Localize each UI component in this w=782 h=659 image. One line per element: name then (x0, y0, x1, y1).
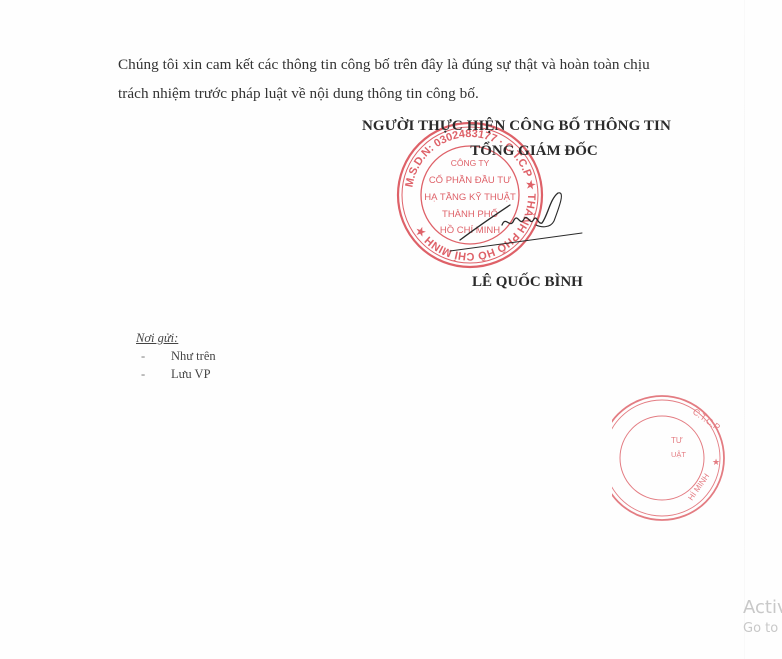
commitment-line-1: Chúng tôi xin cam kết các thông tin công… (118, 50, 718, 79)
document-page: Chúng tôi xin cam kết các thông tin công… (0, 0, 782, 659)
recipient-item: - Lưu VP (135, 365, 216, 383)
signer-name: LÊ QUỐC BÌNH (472, 274, 583, 291)
signature-icon (440, 185, 590, 255)
commitment-line-2: trách nhiệm trước pháp luật về nội dung … (118, 79, 718, 108)
bullet-dash: - (135, 347, 171, 365)
recipient-item: - Như trên (135, 347, 216, 365)
recipient-text: Như trên (171, 347, 216, 365)
partial-seal-icon: C.T.C.P TƯ UẬT ★ HÍ MINH (612, 393, 742, 523)
recipient-text: Lưu VP (171, 365, 211, 383)
recipients-label: Nơi gửi: (136, 329, 216, 347)
windows-activation-watermark: Activ Go to (743, 597, 782, 639)
commitment-paragraph: Chúng tôi xin cam kết các thông tin công… (118, 50, 718, 108)
partial-stamp-text-2: TƯ (671, 436, 683, 445)
signature-position: TỔNG GIÁM ĐỐC (404, 143, 664, 160)
activation-line-1: Activ (743, 597, 782, 619)
partial-stamp-text-1: C.T.C.P (691, 406, 722, 432)
partial-stamp-star: ★ (712, 457, 720, 467)
recipients-block: Nơi gửi: - Như trên - Lưu VP (135, 329, 216, 383)
bullet-dash: - (135, 365, 171, 383)
activation-line-2[interactable]: Go to (743, 619, 782, 639)
partial-stamp-text-4: HÍ MINH (686, 472, 711, 502)
partial-stamp-text-3: UẬT (671, 450, 686, 459)
signature-title: NGƯỜI THỰC HIỆN CÔNG BỐ THÔNG TIN (362, 118, 702, 135)
scan-edge (744, 0, 745, 659)
